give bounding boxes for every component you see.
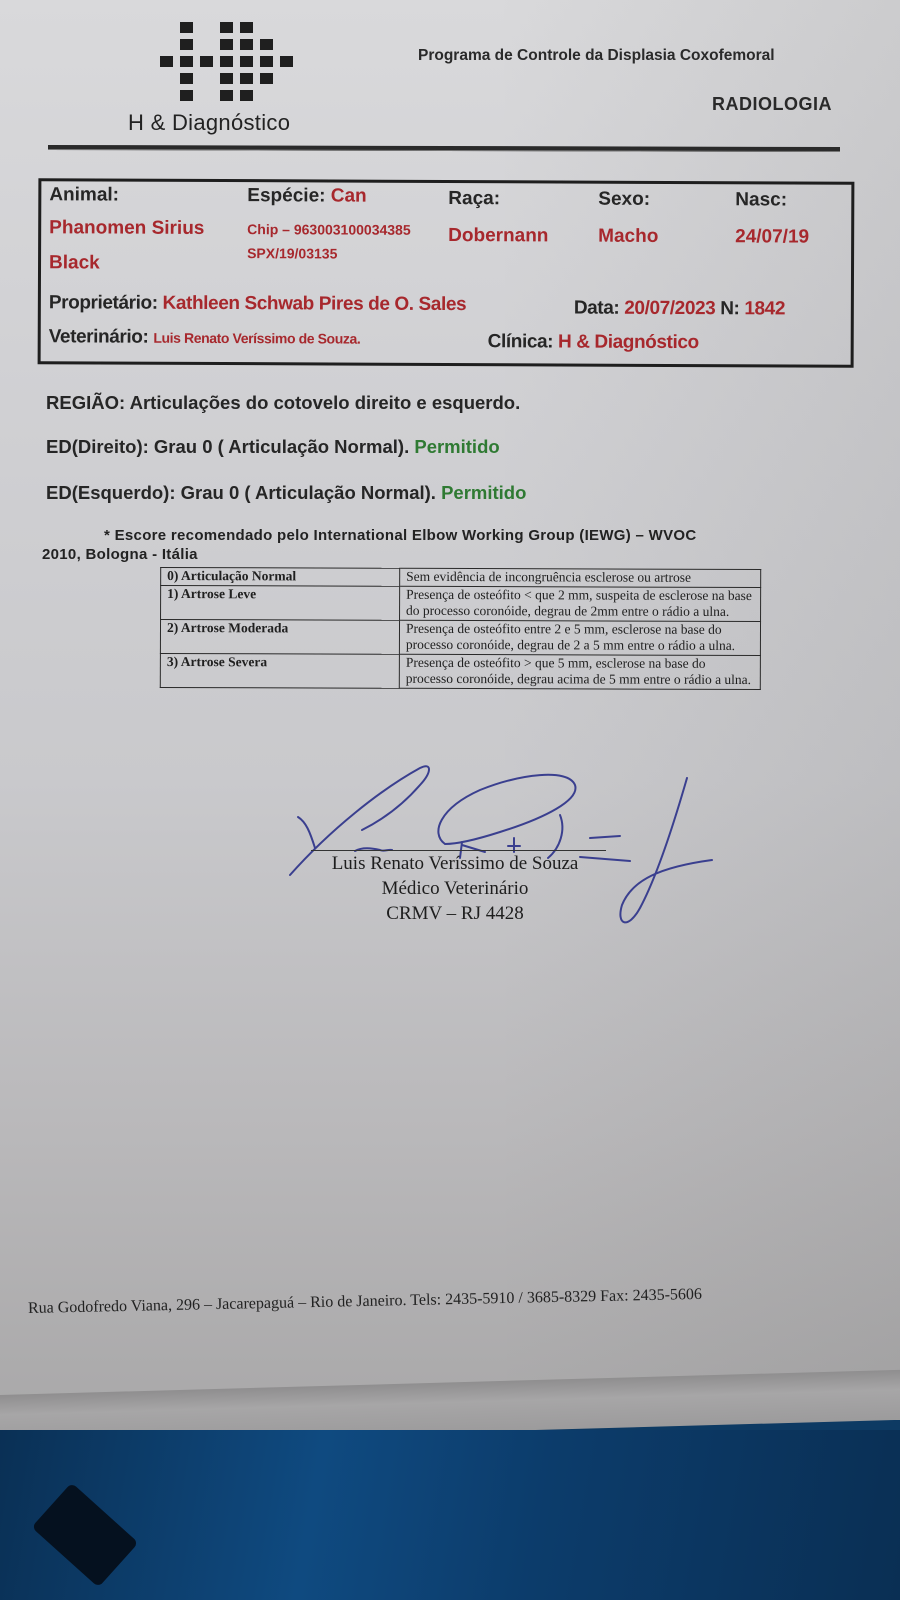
score-note-line2: 2010, Bologna - Itália [42, 546, 198, 563]
signer-name: Luis Renato Veríssimo de Souza [255, 853, 655, 875]
table-row: 3) Artrose SeveraPresença de osteófito >… [160, 653, 760, 689]
breed-label: Raça: [448, 188, 500, 210]
left-elbow-status: Permitido [441, 482, 526, 503]
desk-surface [0, 1430, 900, 1600]
breed-value: Dobernann [448, 225, 548, 247]
number-value: 1842 [744, 298, 785, 319]
department-title: RADIOLOGIA [712, 94, 832, 115]
left-elbow-result: ED(Esquerdo): Grau 0 ( Articulação Norma… [46, 482, 526, 504]
description-cell: Presença de osteófito < que 2 mm, suspei… [400, 586, 761, 621]
clinic-label: Clínica: [488, 331, 554, 352]
species-field: Espécie: Can [247, 185, 366, 208]
date-number-field: Data: 20/07/2023 N: 1842 [574, 298, 785, 321]
grade-cell: 1) Artrose Leve [161, 585, 400, 620]
brand-name: H & Diagnóstico [128, 110, 290, 136]
signature-line [311, 850, 606, 851]
grade-cell: 2) Artrose Moderada [160, 619, 399, 654]
right-elbow-status: Permitido [414, 436, 499, 457]
right-elbow-result: ED(Direito): Grau 0 ( Articulação Normal… [46, 436, 500, 458]
animal-label: Animal: [49, 184, 119, 206]
owner-value: Kathleen Schwab Pires de O. Sales [163, 293, 467, 315]
score-note-line1: * Escore recomendado pelo International … [104, 527, 697, 544]
vet-value: Luis Renato Veríssimo de Souza. [153, 330, 360, 347]
date-label: Data: [574, 298, 620, 319]
birth-label: Nasc: [735, 189, 787, 211]
clinic-value: H & Diagnóstico [558, 331, 699, 353]
birth-value: 24/07/19 [735, 226, 809, 248]
species-label: Espécie: [247, 185, 325, 206]
description-cell: Sem evidência de incongruência esclerose… [400, 568, 761, 587]
left-elbow-text: ED(Esquerdo): Grau 0 ( Articulação Norma… [46, 482, 436, 503]
table-row: 2) Artrose ModeradaPresença de osteófito… [160, 619, 760, 655]
signer-registration: CRMV – RJ 4428 [255, 903, 655, 925]
elbow-grade-table: 0) Articulação NormalSem evidência de in… [160, 567, 761, 690]
score-reference-note: * Escore recomendado pelo International … [42, 526, 842, 564]
vet-field: Veterinário: Luis Renato Veríssimo de So… [49, 326, 361, 349]
animal-name-line1: Phanomen Sirius [49, 217, 204, 240]
species-value: Can [331, 185, 367, 206]
description-cell: Presença de osteófito > que 5 mm, escler… [399, 654, 760, 689]
registry-number: SPX/19/03135 [247, 245, 337, 261]
vet-label: Veterinário: [49, 326, 149, 347]
patient-info-box: Animal: Phanomen Sirius Black Espécie: C… [38, 178, 855, 368]
date-value: 20/07/2023 [624, 298, 715, 319]
program-title: Programa de Controle da Displasia Coxofe… [418, 47, 775, 65]
pixel-cross-logo-icon [160, 22, 300, 102]
number-label: N: [720, 298, 739, 319]
owner-field: Proprietário: Kathleen Schwab Pires de O… [49, 292, 466, 316]
sex-label: Sexo: [598, 189, 650, 211]
grade-cell: 3) Artrose Severa [160, 653, 399, 688]
sex-value: Macho [598, 226, 658, 248]
right-elbow-text: ED(Direito): Grau 0 ( Articulação Normal… [46, 436, 409, 457]
description-cell: Presença de osteófito entre 2 e 5 mm, es… [399, 620, 760, 655]
chip-number: Chip – 963003100034385 [247, 221, 411, 238]
table-row: 1) Artrose LevePresença de osteófito < q… [161, 585, 761, 621]
region-line: REGIÃO: Articulações do cotovelo direito… [46, 392, 520, 414]
grade-cell: 0) Articulação Normal [161, 567, 400, 585]
animal-name-line2: Black [49, 252, 100, 274]
owner-label: Proprietário: [49, 292, 158, 313]
signer-title: Médico Veterinário [255, 878, 655, 900]
table-row: 0) Articulação NormalSem evidência de in… [161, 567, 761, 587]
clinic-field: Clínica: H & Diagnóstico [488, 331, 699, 354]
